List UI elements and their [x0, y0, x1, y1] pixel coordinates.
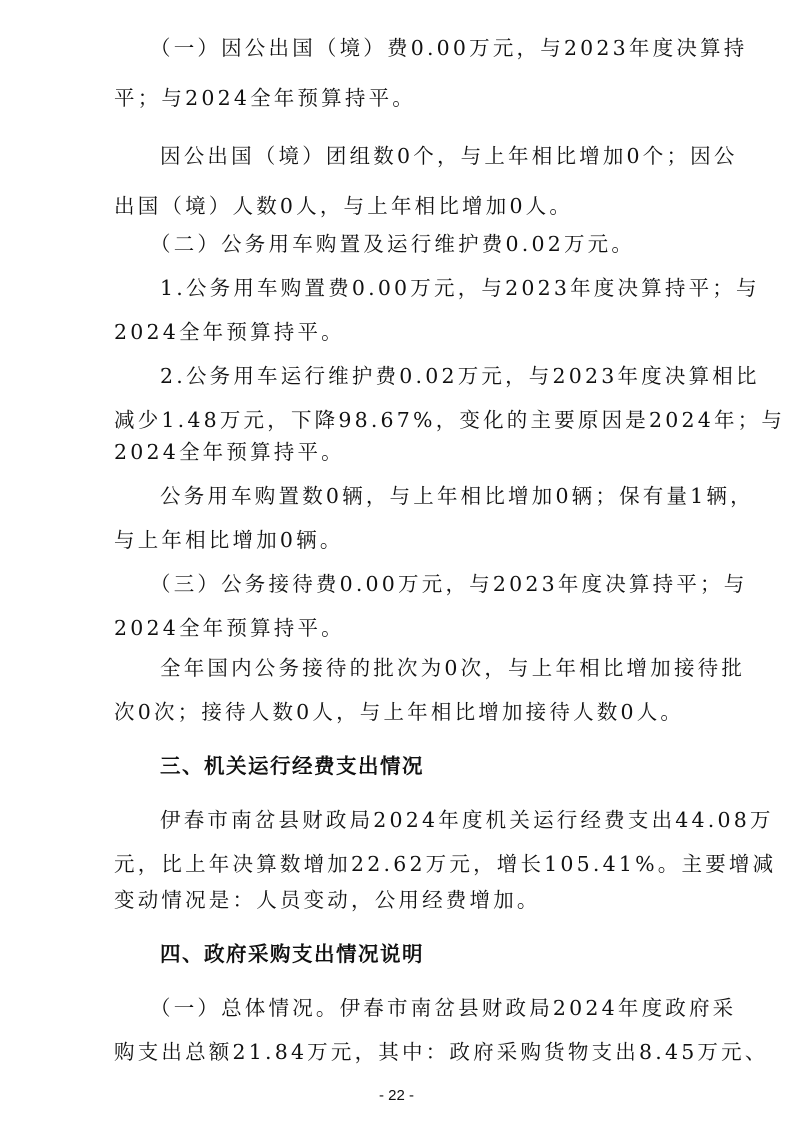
- paragraph-line: 1.公务用车购置费0.00万元，与2023年度决算持平；与: [160, 274, 760, 302]
- paragraph-line: 伊春市南岔县财政局2024年度机关运行经费支出44.08万: [160, 806, 774, 834]
- paragraph-line: 2024全年预算持平。: [114, 438, 345, 466]
- section-heading: 四、政府采购支出情况说明: [160, 940, 424, 968]
- paragraph-line: 元，比上年决算数增加22.62万元，增长105.41%。主要增减: [114, 850, 776, 878]
- paragraph-line: 出国（境）人数0人，与上年相比增加0人。: [114, 192, 573, 220]
- paragraph-line: （三）公务接待费0.00万元，与2023年度决算持平；与: [150, 570, 747, 598]
- page-number: - 22 -: [0, 1087, 793, 1104]
- paragraph-line: 购支出总额21.84万元，其中：政府采购货物支出8.45万元、: [114, 1038, 769, 1066]
- paragraph-line: 平；与2024全年预算持平。: [114, 84, 416, 112]
- paragraph-line: （二）公务用车购置及运行维护费0.02万元。: [150, 230, 635, 258]
- paragraph-line: 公务用车购置数0辆，与上年相比增加0辆；保有量1辆，: [160, 482, 754, 510]
- paragraph-line: （一）总体情况。伊春市南岔县财政局2024年度政府采: [150, 994, 736, 1022]
- paragraph-line: 次0次；接待人数0人，与上年相比增加接待人数0人。: [114, 698, 684, 726]
- paragraph-line: 2024全年预算持平。: [114, 614, 345, 642]
- section-heading: 三、机关运行经费支出情况: [160, 752, 424, 780]
- paragraph-line: 2.公务用车运行维护费0.02万元，与2023年度决算相比: [160, 362, 760, 390]
- paragraph-line: 与上年相比增加0辆。: [114, 526, 344, 554]
- paragraph-line: 因公出国（境）团组数0个，与上年相比增加0个；因公: [160, 142, 738, 170]
- paragraph-line: 减少1.48万元，下降98.67%，变化的主要原因是2024年；与: [114, 406, 785, 434]
- paragraph-line: （一）因公出国（境）费0.00万元，与2023年度决算持: [150, 34, 747, 62]
- paragraph-line: 2024全年预算持平。: [114, 318, 345, 346]
- paragraph-line: 变动情况是：人员变动，公用经费增加。: [114, 886, 541, 914]
- paragraph-line: 全年国内公务接待的批次为0次，与上年相比增加接待批: [160, 654, 745, 682]
